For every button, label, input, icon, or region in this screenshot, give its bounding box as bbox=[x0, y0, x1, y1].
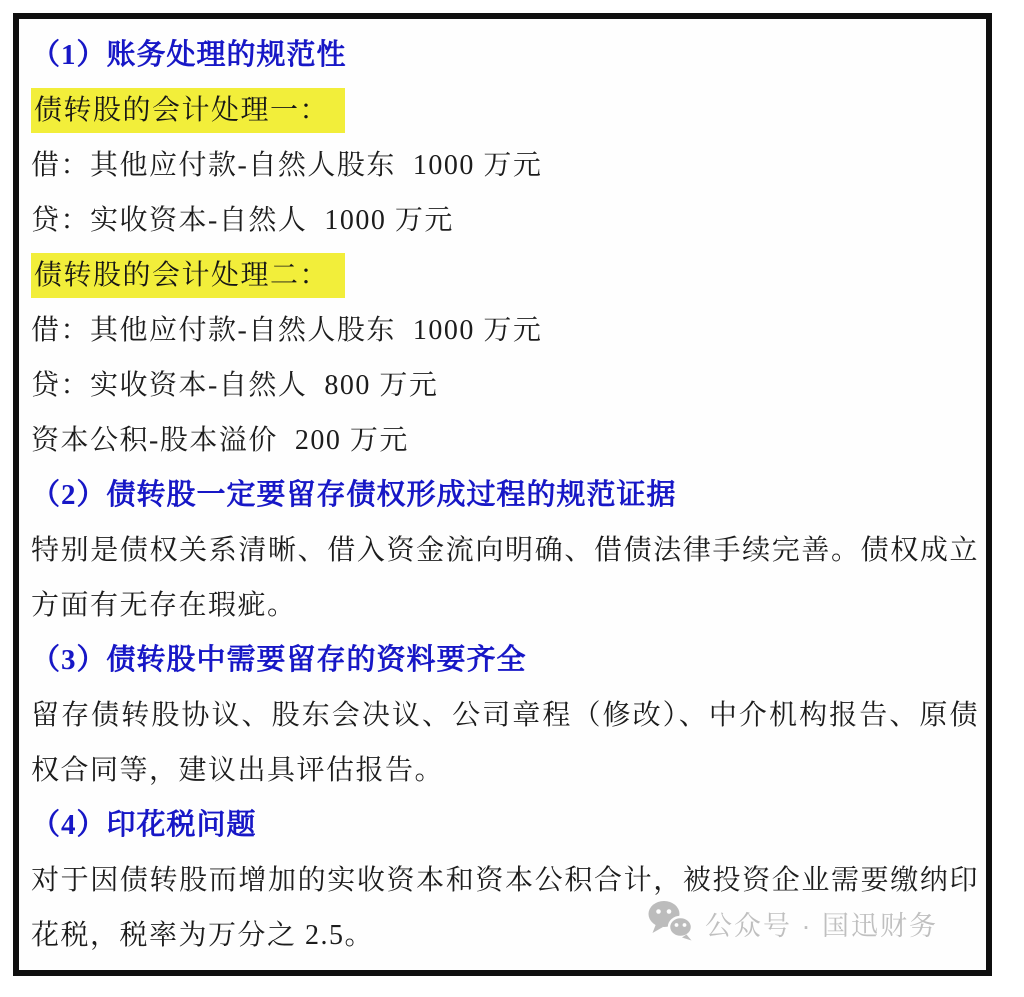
paragraph-text: 留存债转股协议、股东会决议、公司章程（修改）、中介机构报告、原债权合同等，建议出… bbox=[31, 688, 979, 798]
journal-entry-line: 借：其他应付款-自然人股东 1000 万元 bbox=[31, 303, 980, 358]
document-frame: （1）账务处理的规范性 债转股的会计处理一： 借：其他应付款-自然人股东 100… bbox=[13, 13, 992, 976]
journal-entry-line: 资本公积-股本溢价 200 万元 bbox=[31, 413, 980, 468]
section-heading-2: （2）债转股一定要留存债权形成过程的规范证据 bbox=[31, 468, 980, 523]
paragraph-text: 特别是债权关系清晰、借入资金流向明确、借债法律手续完善。债权成立方面有无存在瑕疵… bbox=[31, 523, 979, 633]
highlighted-text-1: 债转股的会计处理一： bbox=[31, 88, 345, 133]
highlight-row-1: 债转股的会计处理一： bbox=[31, 83, 980, 138]
document-page: （1）账务处理的规范性 债转股的会计处理一： 借：其他应付款-自然人股东 100… bbox=[0, 0, 1024, 997]
journal-entry-line: 贷：实收资本-自然人 800 万元 bbox=[31, 358, 980, 413]
highlighted-text-2: 债转股的会计处理二： bbox=[31, 253, 345, 298]
section-heading-4: （4）印花税问题 bbox=[31, 798, 980, 853]
highlight-row-2: 债转股的会计处理二： bbox=[31, 248, 980, 303]
watermark-text: 公众号 · 国迅财务 bbox=[705, 904, 938, 943]
section-heading-1: （1）账务处理的规范性 bbox=[31, 28, 980, 83]
journal-entry-line: 借：其他应付款-自然人股东 1000 万元 bbox=[31, 138, 980, 193]
journal-entry-line: 贷：实收资本-自然人 1000 万元 bbox=[31, 193, 980, 248]
section-heading-3: （3）债转股中需要留存的资料要齐全 bbox=[31, 633, 980, 688]
wechat-icon bbox=[647, 899, 695, 948]
watermark: 公众号 · 国迅财务 bbox=[647, 899, 938, 948]
